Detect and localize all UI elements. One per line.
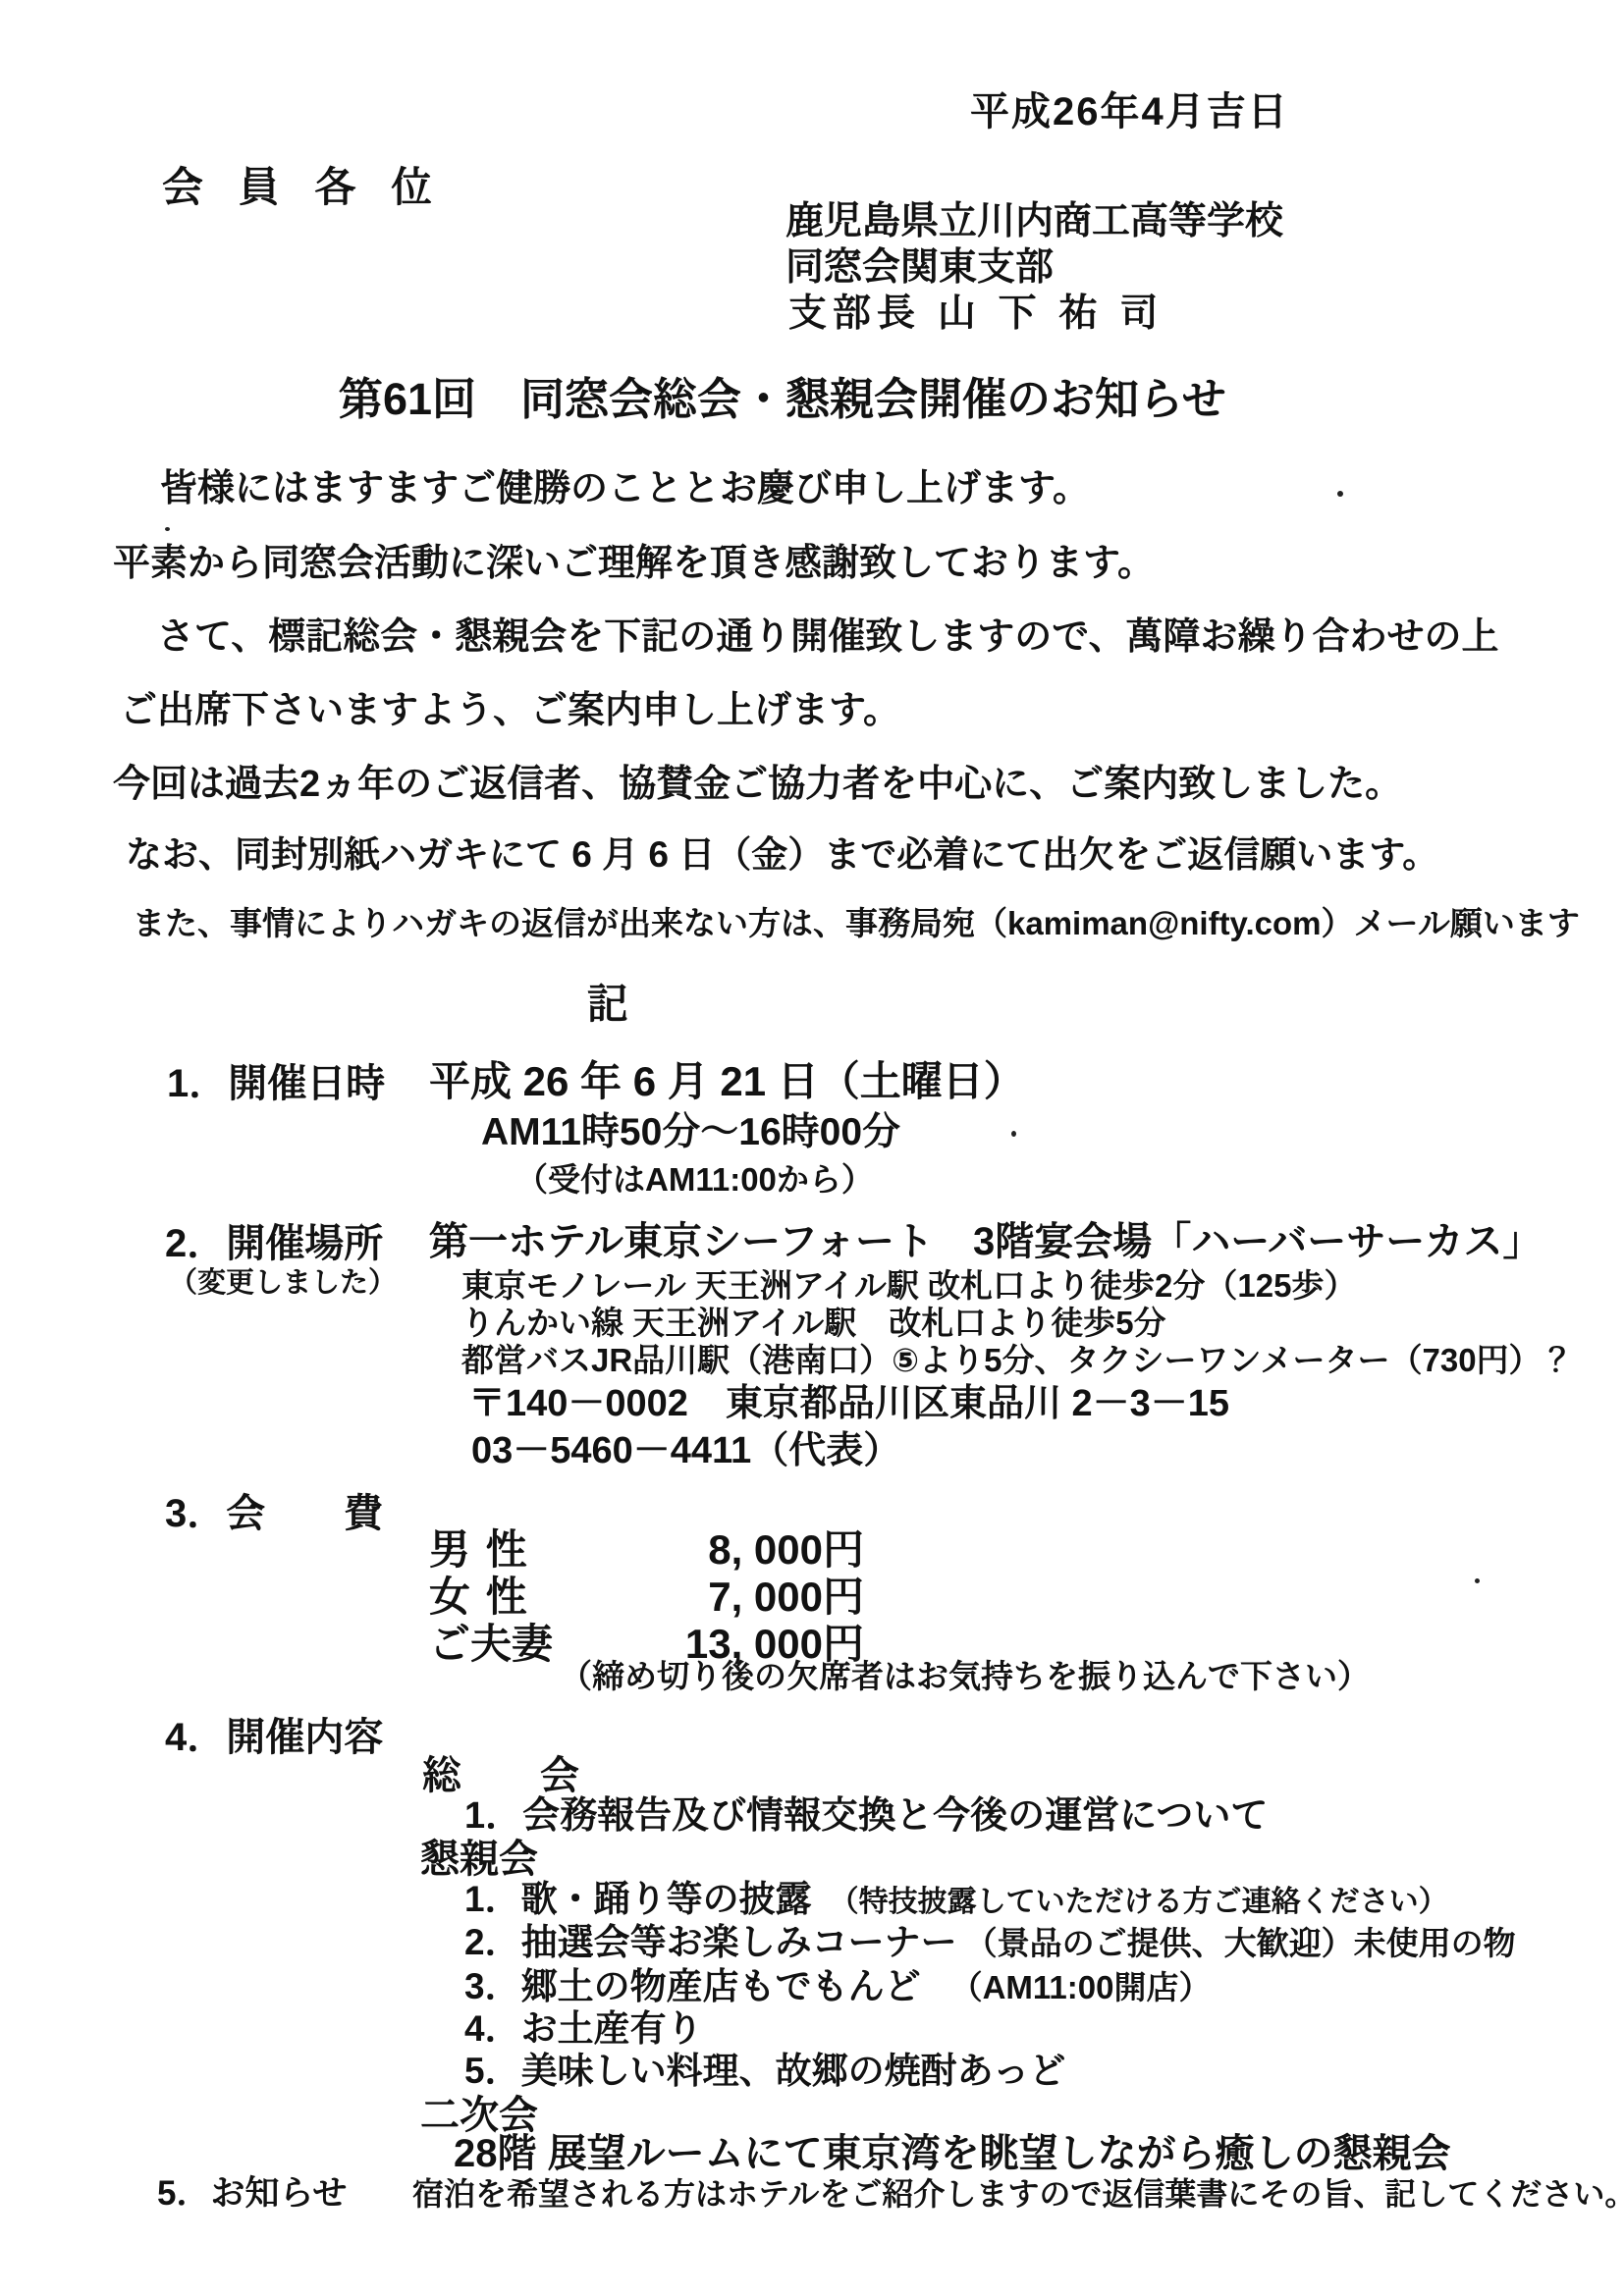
party-item-5-main: 5．美味しい料理、故郷の焼酎あっど	[464, 2051, 1065, 2091]
item2-postal-address: 〒140－0002 東京都品川区東品川 2－3－15	[468, 1384, 1229, 1425]
item1-reception-note: （受付はAM11:00から）	[515, 1162, 874, 1198]
second-party-heading: 二次会	[420, 2094, 538, 2137]
body-paragraph-6: なお、同封別紙ハガキにて 6 月 6 日（金）まで必着にて出欠をご返信願います。	[126, 835, 1438, 876]
fee-row-female-amount: 7, 000円	[550, 1575, 864, 1620]
scan-artifact	[1337, 491, 1343, 497]
party-item-4-main: 4．お土産有り	[464, 2008, 703, 2049]
body-paragraph-3: さて、標記総会・懇親会を下記の通り開催致しますので、萬障お繰り合わせの上	[157, 617, 1498, 659]
item5-value: 宿泊を希望される方はホテルをご紹介しますので返信葉書にその旨、記してください。	[412, 2177, 1624, 2212]
item2-phone: 03－5460－4411（代表）	[471, 1431, 900, 1472]
body-paragraph-2: 平素から同窓会活動に深いご理解を頂き感謝致しております。	[113, 544, 1155, 585]
item2-venue: 第一ホテル東京シーフォート 3階宴会場「ハーバーサーカス」	[429, 1220, 1542, 1263]
party-item-4: 4．お土産有り	[464, 2009, 703, 2050]
body-paragraph-1: 皆様にはますますご健勝のこととお慶び申し上げます。	[160, 469, 1090, 510]
party-item-1: 1．歌・踊り等の披露（特技披露していただける方ご連絡ください）	[464, 1880, 1448, 1920]
item3-label: 3．会 費	[165, 1492, 383, 1535]
item2-access-rinkai: りんかい線 天王洲アイル駅 改札口より徒歩5分	[461, 1306, 1166, 1341]
party-item-2: 2．抽選会等お楽しみコーナー（景品のご提供、大歓迎）未使用の物	[464, 1923, 1516, 1963]
second-party-detail: 28階 展望ルームにて東京湾を眺望しながら癒しの懇親会	[454, 2132, 1451, 2175]
fee-note: （締め切り後の欠席者はお気持ちを振り込んで下さい）	[560, 1659, 1370, 1694]
body-paragraph-4: ご出席下さいますよう、ご案内申し上げます。	[120, 691, 900, 732]
notice-title: 第61回 同窓会総会・懇親会開催のお知らせ	[339, 375, 1226, 424]
body-paragraph-7: また、事情によりハガキの返信が出来ない方は、事務局宛（kamiman@nifty…	[133, 906, 1580, 941]
party-item-2-main: 2．抽選会等お楽しみコーナー	[464, 1922, 957, 1962]
item2-label-note: （変更しました）	[169, 1268, 397, 1300]
sender-school: 鹿児島県立川内商工高等学校	[785, 201, 1283, 243]
body-paragraph-5: 今回は過去2ヵ年のご返信者、協賛金ご協力者を中心に、ご案内致しました。	[113, 765, 1402, 806]
item4-label: 4．開催内容	[165, 1716, 383, 1759]
party-item-1-main: 1．歌・踊り等の披露	[464, 1879, 812, 1919]
scan-artifact	[1475, 1578, 1480, 1583]
scan-artifact	[1011, 1131, 1016, 1137]
party-item-2-note: （景品のご提供、大歓迎）未使用の物	[965, 1925, 1516, 1961]
party-item-1-note: （特技披露していただける方ご連絡ください）	[830, 1886, 1448, 1918]
sender-branch-chief: 支部長 山 下 祐 司	[788, 294, 1164, 336]
scan-artifact	[165, 527, 170, 531]
recipient-line: 会 員 各 位	[162, 165, 444, 210]
party-heading: 懇親会	[420, 1838, 538, 1881]
item2-access-bus: 都営バスJR品川駅（港南口）⑤より5分、タクシーワンメーター（730円）？	[461, 1343, 1574, 1378]
item5-label: 5．お知らせ	[157, 2175, 347, 2214]
letter-date: 平成26年4月吉日	[970, 90, 1289, 133]
general-meeting-agenda: 1．会務報告及び情報交換と今後の運営について	[464, 1796, 1268, 1838]
fee-row-female-category: 女 性	[429, 1575, 529, 1620]
fee-row-male-amount: 8, 000円	[550, 1527, 864, 1573]
party-item-5: 5．美味しい料理、故郷の焼酎あっど	[464, 2052, 1065, 2092]
item2-access-monorail: 東京モノレール 天王洲アイル駅 改札口より徒歩2分（125歩）	[461, 1268, 1356, 1304]
item1-time: AM11時50分～16時00分	[481, 1112, 900, 1154]
general-meeting-heading: 総 会	[422, 1754, 579, 1797]
sender-branch: 同窓会関東支部	[785, 247, 1054, 290]
fee-row-male-category: 男 性	[429, 1527, 529, 1573]
party-item-3: 3．郷土の物産店もでもんど（AM11:00開店）	[464, 1967, 1211, 2007]
party-item-3-note: （AM11:00開店）	[950, 1969, 1212, 2005]
item1-label: 1．開催日時	[167, 1062, 385, 1105]
item2-label: 2．開催場所	[165, 1222, 383, 1265]
scanned-letter-page: 平成26年4月吉日 会 員 各 位 鹿児島県立川内商工高等学校 同窓会関東支部 …	[0, 0, 1624, 2296]
item1-date-value: 平成 26 年 6 月 21 日（土曜日）	[429, 1059, 1025, 1104]
fee-row-couple-category: ご夫妻	[429, 1622, 553, 1667]
record-marker: 記	[587, 982, 628, 1027]
party-item-3-main: 3．郷土の物産店もでもんど	[464, 1966, 921, 2006]
